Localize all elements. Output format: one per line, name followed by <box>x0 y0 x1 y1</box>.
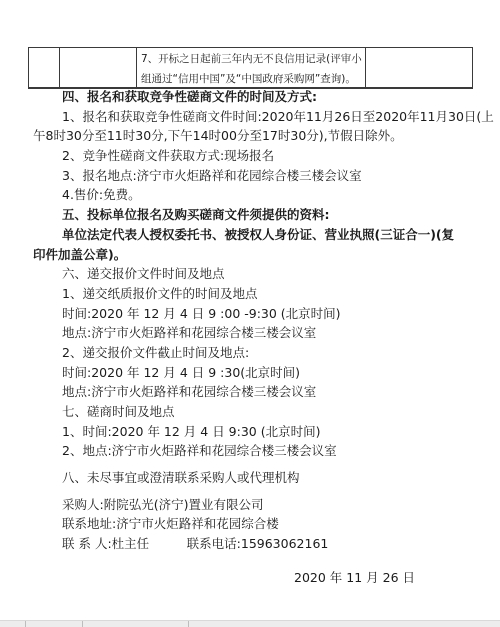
text-line: 2、地点:济宁市火炬路祥和花园综合楼三楼会议室 <box>33 441 500 461</box>
text-line: 2、竞争性磋商文件获取方式:现场报名 <box>33 146 500 166</box>
text-line: 地点:济宁市火炬路祥和花园综合楼三楼会议室 <box>33 382 500 402</box>
text-line: 五、投标单位报名及购买磋商文件须提供的资料: <box>33 205 500 225</box>
criteria-line-1: 7、开标之日起前三年内无不良信用记录(评审小 <box>141 49 363 69</box>
table-cell-criteria: 7、开标之日起前三年内无不良信用记录(评审小 组通过“信用中国”及“中国政府采购… <box>137 48 366 87</box>
text-line: 采购人:附院弘光(济宁)置业有限公司 <box>33 495 500 515</box>
text-line: 地点:济宁市火炬路祥和花园综合楼三楼会议室 <box>33 323 500 343</box>
criteria-line-2: 组通过“信用中国”及“中国政府采购网”查询)。 <box>141 69 363 87</box>
table-edge-divider <box>25 621 26 627</box>
text-line: 四、报名和获取竞争性磋商文件的时间及方式: <box>33 87 500 107</box>
table-edge-divider <box>82 621 83 627</box>
table-edge-divider <box>188 621 189 627</box>
next-page-table-edge <box>0 620 500 627</box>
text-line: 七、磋商时间及地点 <box>33 402 500 422</box>
document-page: 7、开标之日起前三年内无不良信用记录(评审小 组通过“信用中国”及“中国政府采购… <box>0 0 500 627</box>
table-cell-empty-1 <box>29 48 60 87</box>
text-line: 时间:2020 年 12 月 4 日 9 :30(北京时间) <box>33 363 500 383</box>
text-line: 1、时间:2020 年 12 月 4 日 9:30 (北京时间) <box>33 422 500 442</box>
text-line: 午8时30分至11时30分,下午14时00分至17时30分),节假日除外。 <box>33 126 500 146</box>
table-cell-empty-3 <box>366 48 472 87</box>
text-line: 八、未尽事宜或澄清联系采购人或代理机构 <box>33 468 500 488</box>
text-line: 2、递交报价文件截止时间及地点: <box>33 343 500 363</box>
text-line: 1、报名和获取竞争性磋商文件时间:2020年11月26日至2020年11月30日… <box>33 107 500 127</box>
criteria-table-fragment: 7、开标之日起前三年内无不良信用记录(评审小 组通过“信用中国”及“中国政府采购… <box>28 47 473 89</box>
document-date: 2020 年 11 月 26 日 <box>294 568 415 588</box>
text-line: 单位法定代表人授权委托书、被授权人身份证、营业执照(三证合一)(复 <box>33 225 500 245</box>
text-line: 联系地址:济宁市火炬路祥和花园综合楼 <box>33 514 500 534</box>
document-lines: 四、报名和获取竞争性磋商文件的时间及方式:1、报名和获取竞争性磋商文件时间:20… <box>33 87 500 554</box>
text-line: 4.售价:免费。 <box>33 185 500 205</box>
text-line: 印件加盖公章)。 <box>33 245 500 265</box>
table-cell-empty-2 <box>60 48 137 87</box>
text-line: 1、递交纸质报价文件的时间及地点 <box>33 284 500 304</box>
text-line: 六、递交报价文件时间及地点 <box>33 264 500 284</box>
text-line: 联 系 人:杜主任 联系电话:15963062161 <box>33 534 500 554</box>
text-line: 3、报名地点:济宁市火炬路祥和花园综合楼三楼会议室 <box>33 166 500 186</box>
text-line: 时间:2020 年 12 月 4 日 9 :00 -9:30 (北京时间) <box>33 304 500 324</box>
